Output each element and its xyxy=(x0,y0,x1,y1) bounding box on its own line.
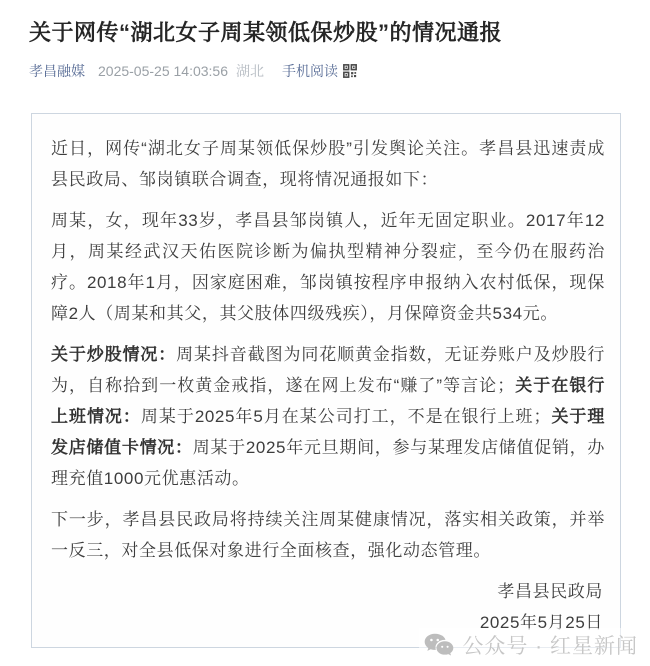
signature-agency: 孝昌县民政局 xyxy=(51,576,605,607)
page-title: 关于网传“湖北女子周某领低保炒股”的情况通报 xyxy=(0,0,650,48)
source-account-link[interactable]: 孝昌融媒 xyxy=(29,61,85,81)
bold-run-stock: 关于炒股情况： xyxy=(51,345,176,364)
notice-box: 近日，网传“湖北女子周某领低保炒股”引发舆论关注。孝昌县迅速责成县民政局、邹岗镇… xyxy=(31,113,621,648)
qr-code-icon[interactable] xyxy=(343,64,357,78)
notice-paragraph-intro: 近日，网传“湖北女子周某领低保炒股”引发舆论关注。孝昌县迅速责成县民政局、邹岗镇… xyxy=(51,133,605,195)
article-meta-row: 孝昌融媒 2025-05-25 14:03:56 湖北 手机阅读 xyxy=(0,48,650,81)
signature-date: 2025年5月25日 xyxy=(51,607,605,638)
mobile-read-link[interactable]: 手机阅读 xyxy=(282,61,338,81)
notice-paragraph-person: 周某，女，现年33岁，孝昌县邹岗镇人，近年无固定职业。2017年12月，周某经武… xyxy=(51,205,605,329)
article-page: 关于网传“湖北女子周某领低保炒股”的情况通报 孝昌融媒 2025-05-25 1… xyxy=(0,0,650,666)
publish-location: 湖北 xyxy=(236,61,264,81)
notice-paragraph-nextsteps: 下一步，孝昌县民政局将持续关注周某健康情况，落实相关政策，并举一反三，对全县低保… xyxy=(51,504,605,566)
publish-timestamp: 2025-05-25 14:03:56 xyxy=(98,61,228,81)
notice-paragraph-clarifications: 关于炒股情况：周某抖音截图为同花顺黄金指数，无证券账户及炒股行为，自称拾到一枚黄… xyxy=(51,339,605,494)
text-run-bank: 周某于2025年5月在某公司打工，不是在银行上班； xyxy=(141,407,551,426)
